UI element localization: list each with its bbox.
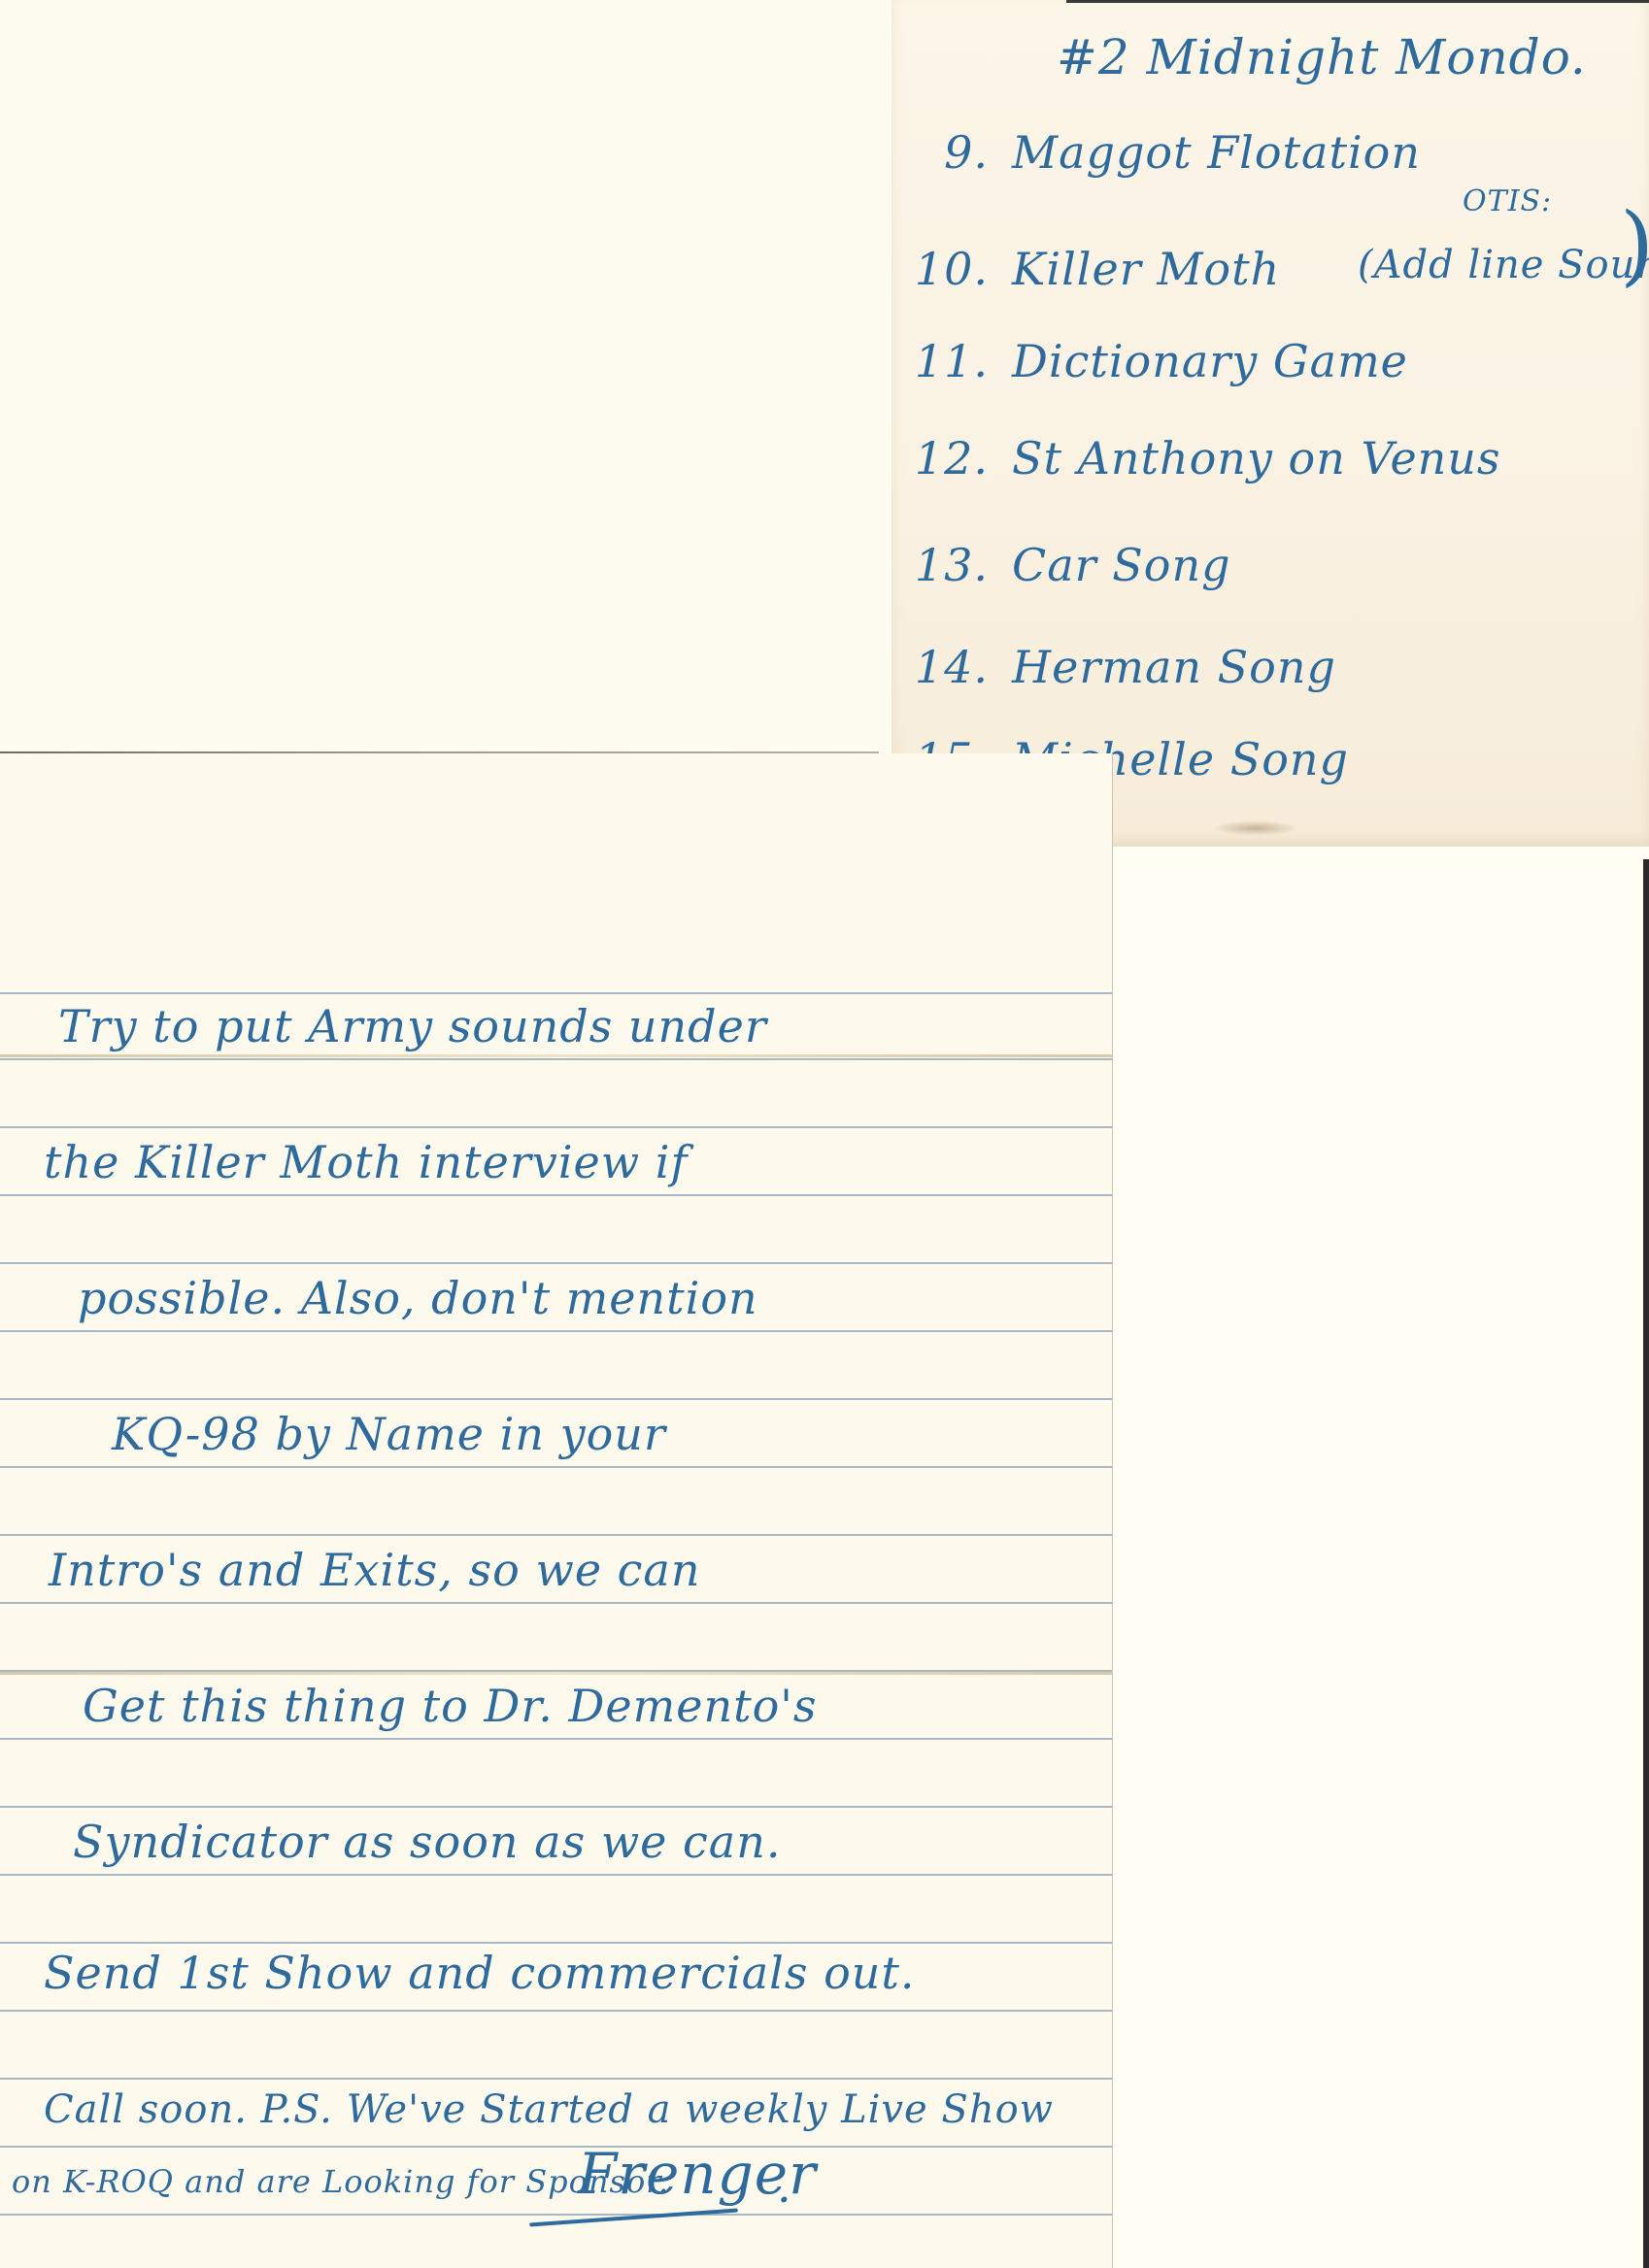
ruled-line	[0, 1466, 1112, 1468]
item-text: Car Song	[1012, 539, 1231, 591]
letter-line: Try to put Army sounds under	[58, 1000, 767, 1052]
setlist-item: 13.Car Song	[892, 539, 1231, 591]
blank-paper-top-left	[0, 0, 893, 752]
item-text: Dictionary Game	[1012, 335, 1408, 387]
item-number: 11.	[892, 335, 989, 387]
letter-line: Send 1st Show and commercials out.	[44, 1947, 916, 1999]
ruled-line	[0, 2078, 1112, 2080]
paper-fold	[0, 1672, 1112, 1675]
letter-line: KQ-98 by Name in your	[112, 1408, 666, 1460]
ruled-line	[0, 2214, 1112, 2216]
closing-mark: .	[777, 2160, 792, 2213]
ruled-line	[0, 1738, 1112, 1740]
otis-label: OTIS:	[1463, 184, 1552, 218]
letter-line: possible. Also, don't mention	[78, 1272, 758, 1324]
scan-edge	[1643, 859, 1649, 2268]
item-number: 12.	[892, 432, 989, 484]
ruled-line	[0, 2146, 1112, 2148]
ruled-line	[0, 2010, 1112, 2012]
letter-line: Intro's and Exits, so we can	[49, 1544, 700, 1596]
item-number: 14.	[892, 641, 989, 693]
ruled-line	[0, 1262, 1112, 1264]
ruled-line	[0, 1874, 1112, 1876]
paper-stain	[1212, 820, 1299, 836]
ruled-line	[0, 1058, 1112, 1060]
ruled-line	[0, 1602, 1112, 1604]
letter-line: on K-ROQ and are Looking for Sponsor.	[12, 2163, 669, 2200]
setlist-item: 11.Dictionary Game	[892, 335, 1408, 387]
item-text: Killer Moth	[1012, 243, 1280, 295]
setlist-note: #2 Midnight Mondo. 9.Maggot Flotation OT…	[892, 0, 1649, 847]
blank-paper-right	[1112, 859, 1646, 2268]
item-number: 9.	[892, 126, 989, 179]
item-number: 13.	[892, 539, 989, 591]
item-text: Herman Song	[1012, 641, 1336, 693]
ruled-line	[0, 1806, 1112, 1808]
ruled-line	[0, 1534, 1112, 1536]
item-text: St Anthony on Venus	[1012, 432, 1501, 484]
letter-line: the Killer Moth interview if	[44, 1136, 689, 1188]
lined-letter	[0, 753, 1113, 2268]
closing-paren: )	[1620, 194, 1649, 296]
ruled-line	[0, 992, 1112, 994]
paper-fold	[0, 1054, 1112, 1057]
item-text: Maggot Flotation	[1012, 126, 1421, 179]
paper-edge	[1066, 0, 1649, 3]
item-number: 10.	[892, 243, 989, 295]
letter-line: Get this thing to Dr. Demento's	[83, 1680, 818, 1732]
ruled-line	[0, 1398, 1112, 1400]
ruled-line	[0, 1194, 1112, 1196]
letter-line: Syndicator as soon as we can.	[73, 1816, 781, 1868]
ruled-line	[0, 1330, 1112, 1332]
setlist-item: 9.Maggot Flotation	[892, 126, 1421, 179]
setlist-item: 10.Killer Moth	[892, 243, 1280, 295]
ruled-line	[0, 1126, 1112, 1128]
letter-line: Call soon. P.S. We've Started a weekly L…	[44, 2087, 1054, 2132]
ruled-line	[0, 1942, 1112, 1944]
setlist-title: #2 Midnight Mondo.	[1057, 29, 1587, 85]
setlist-item: 12.St Anthony on Venus	[892, 432, 1501, 484]
setlist-item: 14.Herman Song	[892, 641, 1336, 693]
otis-annotation: (Add line Sounds	[1358, 243, 1649, 287]
